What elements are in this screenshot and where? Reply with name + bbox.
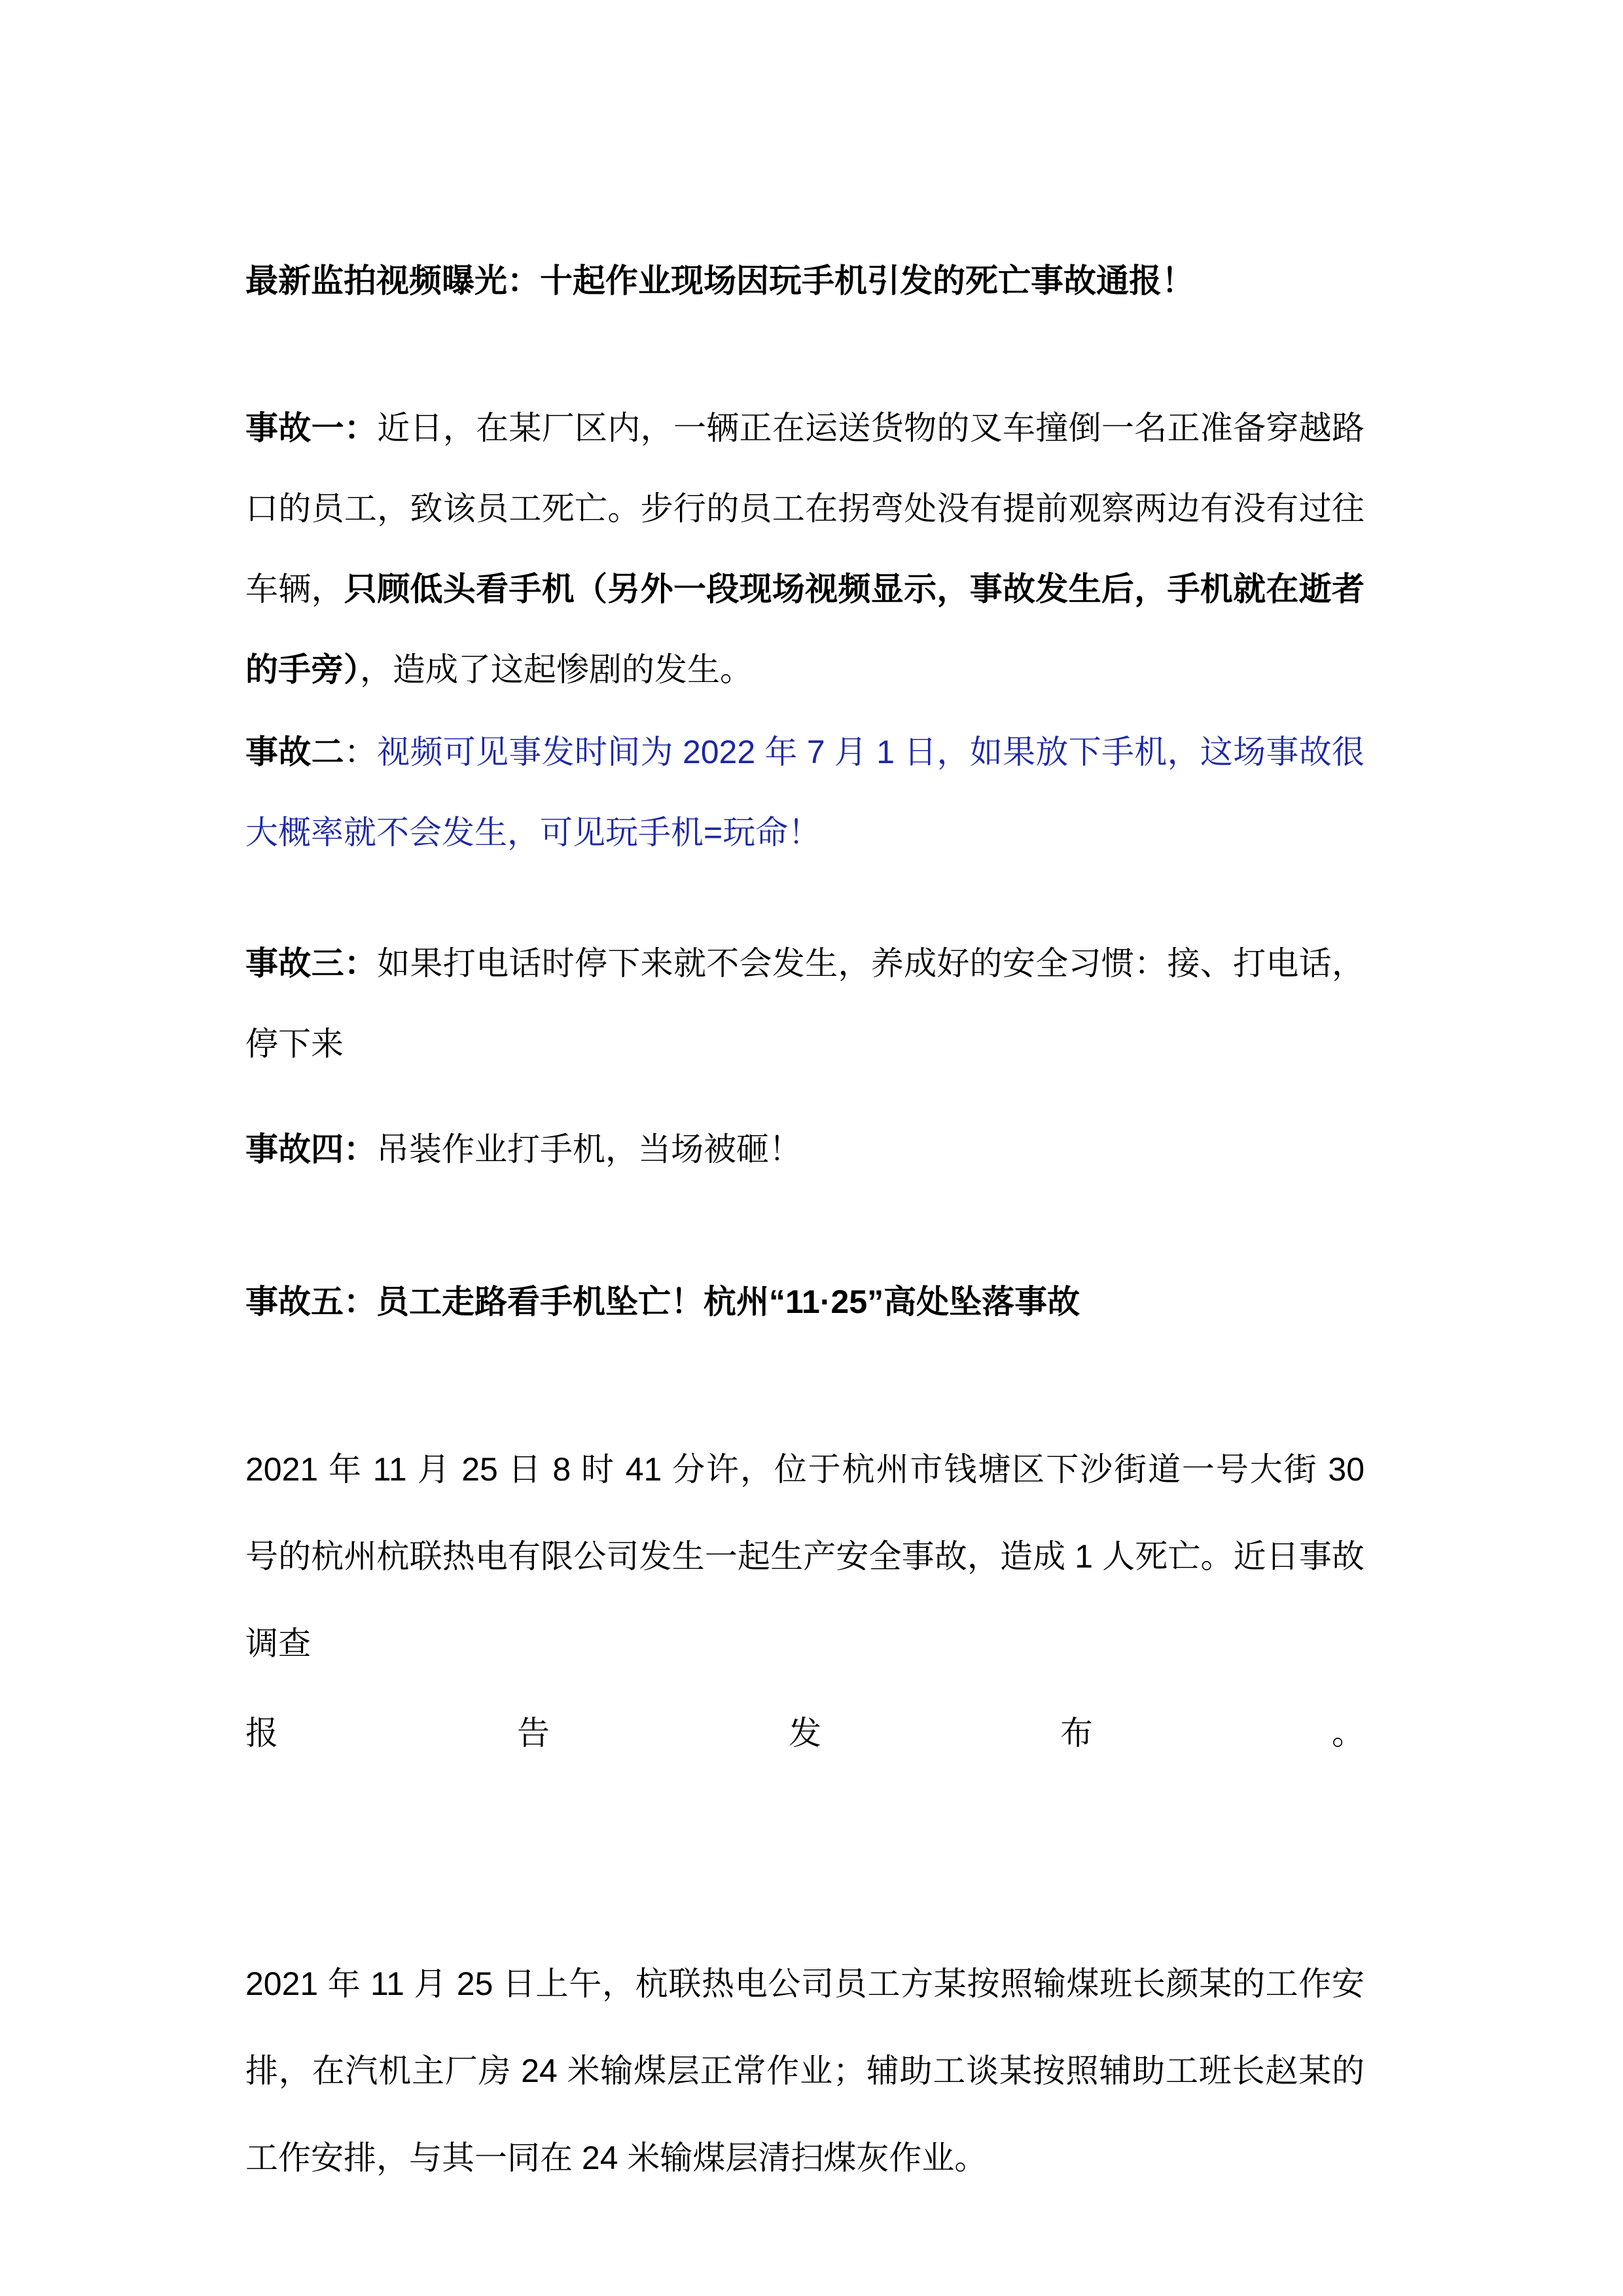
- text-run: 2021 年 11 月 25 日上午，杭联热电公司员工方某按照输煤班长颜某的工作…: [245, 1965, 1364, 2176]
- text-run: 事故四：: [245, 1131, 376, 1168]
- paragraph-accident-5-intro: 2021 年 11 月 25 日 8 时 41 分许，位于杭州市钱塘区下沙街道一…: [245, 1426, 1364, 1687]
- distributed-char: 发: [789, 1690, 821, 1777]
- text-run: 事故三：: [245, 945, 377, 982]
- text-run: 视频可见事发时间为 2022 年 7 月 1 日，如果放下手机，这场事故很大概率…: [245, 734, 1364, 851]
- text-run: 事故二: [245, 734, 344, 770]
- distributed-line-report-published: 报告发布。: [245, 1690, 1364, 1777]
- text-run: ，造成了这起惨剧的发生。: [360, 651, 753, 688]
- paragraph-accident-2: 事故二：视频可见事发时间为 2022 年 7 月 1 日，如果放下手机，这场事故…: [245, 712, 1364, 873]
- text-run: 事故一：: [245, 410, 377, 446]
- text-run: 事故五：员工走路看手机坠亡！杭州“11·25”高处坠落事故: [245, 1283, 1080, 1320]
- paragraph-accident-5-detail: 2021 年 11 月 25 日上午，杭联热电公司员工方某按照输煤班长颜某的工作…: [245, 1941, 1364, 2202]
- text-run: 2021 年 11 月 25 日 8 时 41 分许，位于杭州市钱塘区下沙街道一…: [245, 1451, 1364, 1662]
- text-run: 如果打电话时停下来就不会发生，养成好的安全习惯：接、打电话，停下来: [245, 945, 1364, 1062]
- paragraph-accident-4: 事故四：吊装作业打手机，当场被砸！: [245, 1109, 1364, 1190]
- text-run: 最新监拍视频曝光：十起作业现场因玩手机引发的死亡事故通报！: [245, 262, 1194, 299]
- distributed-char: 。: [1332, 1690, 1364, 1777]
- document-page: 最新监拍视频曝光：十起作业现场因玩手机引发的死亡事故通报！ 事故一：近日，在某厂…: [0, 0, 1623, 2296]
- distributed-char: 告: [517, 1690, 550, 1777]
- distributed-char: 报: [245, 1690, 278, 1777]
- text-run: 吊装作业打手机，当场被砸！: [376, 1131, 802, 1168]
- paragraph-accident-3: 事故三：如果打电话时停下来就不会发生，养成好的安全习惯：接、打电话，停下来: [245, 924, 1364, 1085]
- distributed-char: 布: [1060, 1690, 1093, 1777]
- heading-accident-5: 事故五：员工走路看手机坠亡！杭州“11·25”高处坠落事故: [245, 1262, 1364, 1342]
- paragraph-accident-1: 事故一：近日，在某厂区内，一辆正在运送货物的叉车撞倒一名正准备穿越路口的员工，致…: [245, 388, 1364, 710]
- text-run: ：: [344, 734, 377, 770]
- document-title: 最新监拍视频曝光：十起作业现场因玩手机引发的死亡事故通报！: [245, 241, 1364, 321]
